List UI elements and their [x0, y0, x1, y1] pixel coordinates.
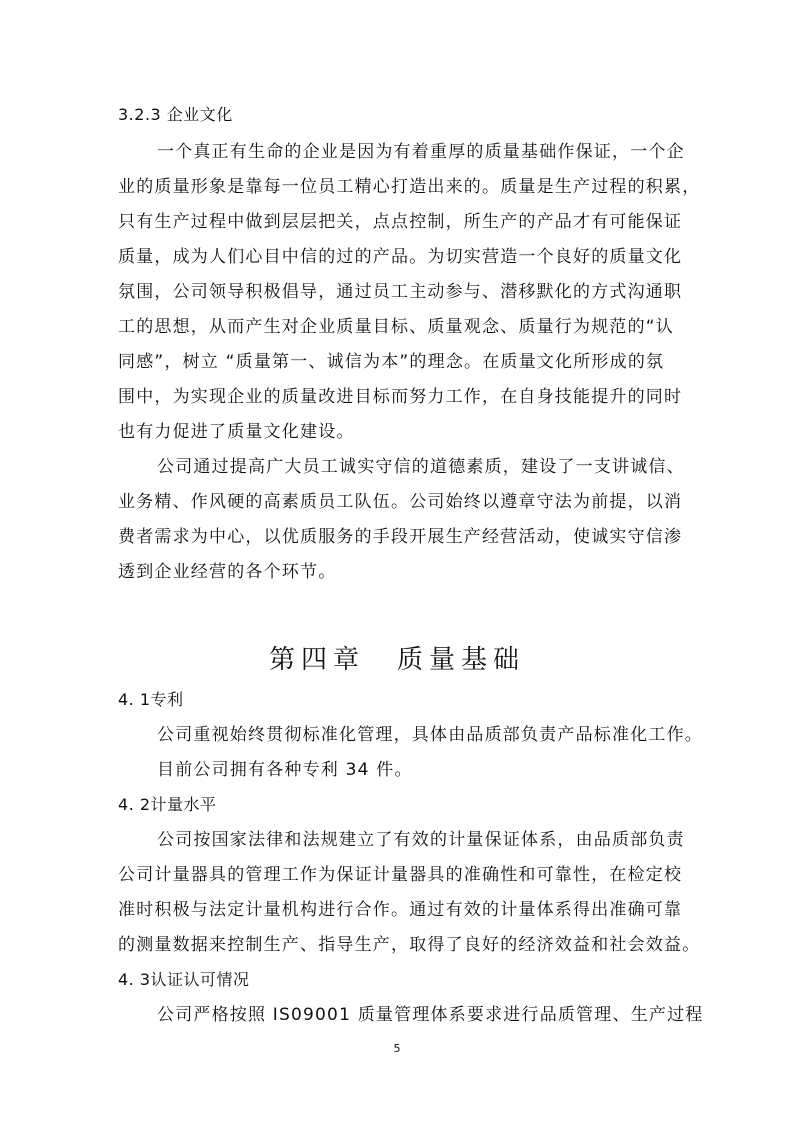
section-heading-4-2: 4. 2计量水平 [118, 795, 217, 815]
page-number: 5 [0, 1042, 794, 1055]
section-heading-4-1: 4. 1专利 [118, 690, 184, 710]
paragraph-line: 一个真正有生命的企业是因为有着重厚的质量基础作保证，一个企 [157, 142, 685, 162]
paragraph-line: 围中，为实现企业的质量改进目标而努力工作，在自身技能提升的同时 [118, 387, 682, 407]
paragraph-line: 业的质量形象是靠每一位员工精心打造出来的。质量是生产过程的积累， [118, 177, 700, 197]
paragraph-line: 只有生产过程中做到层层把关，点点控制，所生产的产品才有可能保证 [118, 212, 682, 232]
paragraph-line: 公司严格按照 IS09001 质量管理体系要求进行品质管理、生产过程 [157, 1005, 704, 1025]
chapter-title: 第四章 质量基础 [0, 645, 794, 675]
paragraph-line: 公司重视始终贯彻标准化管理，具体由品质部负责产品标准化工作。 [157, 725, 703, 745]
paragraph-line: 公司按国家法律和法规建立了有效的计量保证体系，由品质部负责 [157, 830, 685, 850]
paragraph-line: 公司计量器具的管理工作为保证计量器具的准确性和可靠性，在检定校 [118, 865, 682, 885]
paragraph-line: 的测量数据来控制生产、指导生产，取得了良好的经济效益和社会效益。 [118, 935, 700, 955]
paragraph-line: 同感”，树立 “质量第一、诚信为本”的理念。在质量文化所形成的氛 [118, 352, 664, 372]
paragraph-line: 目前公司拥有各种专利 34 件。 [157, 760, 413, 780]
paragraph-line: 质量，成为人们心目中信的过的产品。为切实营造一个良好的质量文化 [118, 247, 682, 267]
paragraph-line: 公司通过提高广大员工诚实守信的道德素质，建设了一支讲诚信、 [157, 457, 685, 477]
section-heading-4-3: 4. 3认证认可情况 [118, 970, 250, 990]
paragraph-line: 透到企业经营的各个环节。 [118, 562, 336, 582]
paragraph-line: 准时积极与法定计量机构进行合作。通过有效的计量体系得出准确可靠 [118, 900, 682, 920]
paragraph-line: 氛围，公司领导积极倡导，通过员工主动参与、潜移默化的方式沟通职 [118, 282, 682, 302]
paragraph-line: 工的思想，从而产生对企业质量目标、质量观念、质量行为规范的“认 [118, 317, 674, 337]
document-page: 3.2.3 企业文化 一个真正有生命的企业是因为有着重厚的质量基础作保证，一个企… [0, 0, 794, 1123]
paragraph-line: 业务精、作风硬的高素质员工队伍。公司始终以遵章守法为前提，以消 [118, 492, 682, 512]
section-heading-3-2-3: 3.2.3 企业文化 [118, 105, 233, 125]
paragraph-line: 费者需求为中心，以优质服务的手段开展生产经营活动，使诚实守信渗 [118, 527, 682, 547]
paragraph-line: 也有力促进了质量文化建设。 [118, 422, 355, 442]
